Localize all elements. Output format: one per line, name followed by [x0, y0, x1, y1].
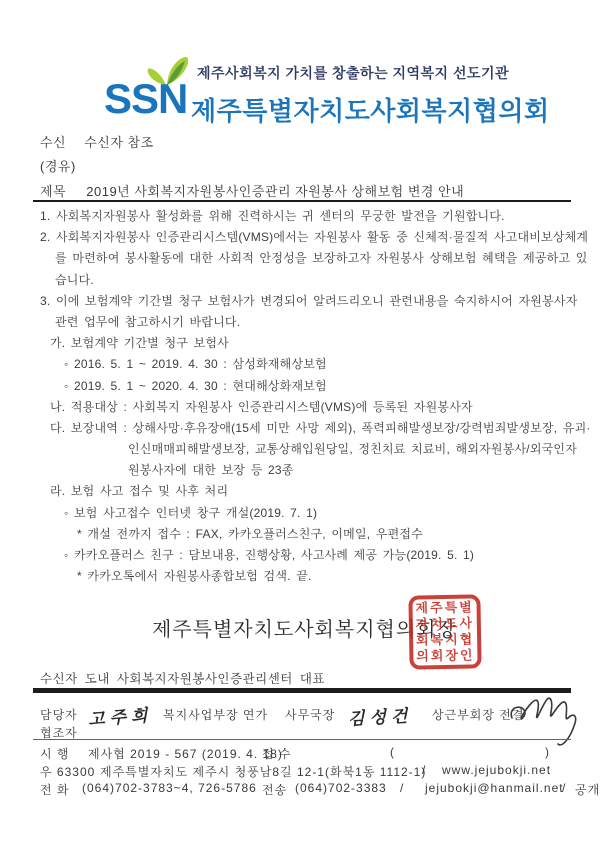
fax-number: (064)702-3383: [295, 781, 387, 795]
body-line: 관련 업무에 참고하시기 바랍니다.: [40, 312, 580, 333]
drafter-label: 담당자: [40, 706, 78, 723]
doc-label: 시 행: [40, 745, 70, 762]
phone-label: 전 화: [40, 781, 70, 798]
body-line: ◦ 보험 사고접수 인터넷 창구 개설(2019. 7. 1): [40, 503, 580, 524]
subject-row: 제목 2019년 사회복지자원봉사인증관리 자원봉사 상해보험 변경 안내: [40, 181, 464, 200]
stamp-row: 회복지협: [413, 632, 477, 647]
dept-head-label: 복지사업부장 연가: [163, 706, 268, 723]
address-text: 제주특별자치도 제주시 청풍남8길 12-1(화북1동 1112-1): [100, 763, 426, 780]
stamp-row: 자치도사: [413, 616, 477, 631]
body-line: ◦ 카카오플러스 친구 : 담보내용, 진행상황, 사고사례 제공 가능(201…: [40, 545, 580, 566]
body-line: ◦ 2019. 5. 1 ~ 2020. 4. 30 : 현대해상화재보험: [40, 376, 580, 397]
stamp-row: 제주특별: [412, 600, 476, 615]
body-line: * 개설 전까지 접수 : FAX, 카카오플러스친구, 이메일, 우편접수: [40, 524, 580, 545]
receipt-paren-open: (: [390, 745, 395, 759]
body-line: ◦ 2016. 5. 1 ~ 2019. 4. 30 : 삼성화재해상보험: [40, 354, 580, 375]
website-text: www.jejubokji.net: [442, 763, 551, 777]
ssn-logo-text: SSN: [104, 78, 187, 120]
subject-label: 제목: [40, 184, 66, 199]
document-page: SSN 제주사회복지 가치를 창출하는 지역복지 선도기관 제주특별자치도사회복…: [0, 0, 603, 858]
slash-separator: /: [422, 763, 426, 777]
doc-number: 제사협 2019 - 567 (2019. 4. 18): [88, 745, 283, 762]
body-line: 를 마련하여 봉사활동에 대한 사회적 안정성을 보장하고자 자원봉사 상해보험…: [40, 248, 580, 269]
body-line: 2. 사회복지자원봉사 인증관리시스템(VMS)에서는 자원봉사 활동 중 신체…: [40, 227, 580, 248]
subject-text: 2019년 사회복지자원봉사인증관리 자원봉사 상해보험 변경 안내: [86, 184, 464, 199]
recipient-value: 수신자 참조: [84, 135, 153, 150]
footer-thin-rule: [33, 739, 571, 740]
body-line: 3. 이에 보험계약 기간별 청구 보험사가 변경되어 알려드리오니 관련내용을…: [40, 291, 580, 312]
stamp-row: 의회장인: [413, 648, 477, 663]
fax-label: 전송: [262, 781, 287, 798]
body-line: 다. 보장내역 : 상해사망·후유장애(15세 미만 사망 제외), 폭력피해발…: [40, 418, 580, 439]
document-body: 1. 사회복지자원봉사 활성화를 위해 진력하시는 귀 센터의 무궁한 발전을 …: [40, 206, 580, 587]
body-line: 습니다.: [40, 270, 580, 291]
body-line: 인신매매피해발생보장, 교통상해입원당일, 정친치료 치료비, 해외자원봉사/외…: [40, 439, 580, 460]
receipt-paren-close: ): [545, 745, 550, 759]
secretary-signature: 김성건: [347, 701, 413, 729]
email-text: jejubokji@hanmail.net: [425, 781, 564, 795]
slash-separator: /: [562, 781, 566, 795]
body-line: * 카카오톡에서 자원봉사종합보험 검색. 끝.: [40, 566, 580, 587]
footer-thick-rule: [33, 688, 571, 693]
secretary-label: 사무국장: [285, 706, 335, 723]
body-line: 1. 사회복지자원봉사 활성화를 위해 진력하시는 귀 센터의 무궁한 발전을 …: [40, 206, 580, 227]
via-row: (경유): [40, 156, 76, 175]
official-seal-stamp: 제주특별 자치도사 회복지협 의회장인: [408, 594, 481, 669]
drafter-signature: 고주희: [87, 701, 153, 730]
body-line: 라. 보험 사고 접수 및 사후 처리: [40, 481, 580, 502]
title-underline: [33, 200, 571, 202]
recipient-row: 수신 수신자 참조: [40, 132, 154, 151]
receipt-label: 접 수: [262, 745, 292, 762]
org-name: 제주특별자치도사회복지협의회: [191, 91, 550, 128]
org-tagline: 제주사회복지 가치를 창출하는 지역복지 선도기관: [197, 63, 509, 83]
distribution-line: 수신자 도내 사회복지자원봉사인증관리센터 대표: [40, 669, 325, 687]
recipient-label: 수신: [40, 135, 66, 150]
body-line: 나. 적용대상 : 사회복지 자원봉사 인증관리시스템(VMS)에 등록된 자원…: [40, 397, 580, 418]
body-line: 가. 보험계약 기간별 청구 보험사: [40, 333, 580, 354]
phone-number: (064)702-3783~4, 726-5786: [82, 781, 257, 795]
body-line: 원봉사자에 대한 보장 등 23종: [40, 460, 580, 481]
slash-separator: /: [400, 781, 404, 795]
disclosure-label: 공개: [575, 781, 600, 798]
zip-label: 우 63300: [40, 763, 95, 780]
